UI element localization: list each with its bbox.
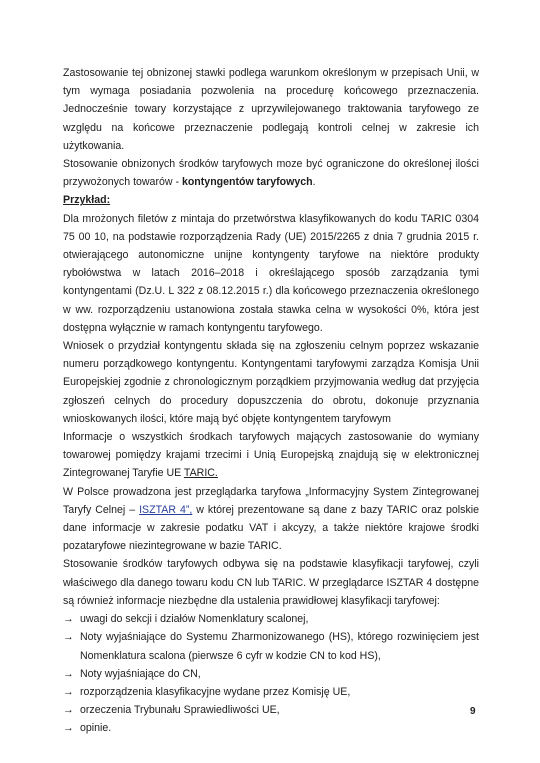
classification-info-list: →uwagi do sekcji i działów Nomenklatury …	[63, 610, 479, 737]
paragraph-quota-request: Wniosek o przydział kontyngentu składa s…	[63, 337, 479, 428]
paragraph-preferential-rate: Zastosowanie tej obnizonej stawki podleg…	[63, 64, 479, 155]
arrow-right-icon: →	[63, 683, 74, 701]
list-item: →rozporządzenia klasyfikacyjne wydane pr…	[63, 683, 479, 701]
arrow-right-icon: →	[63, 719, 74, 737]
text: .	[313, 176, 316, 188]
arrow-right-icon: →	[63, 610, 74, 628]
example-heading: Przykład:	[63, 191, 479, 209]
text: Informacje o wszystkich środkach taryfow…	[63, 431, 479, 479]
list-item: →opinie.	[63, 719, 479, 737]
bold-term: kontyngentów taryfowych	[182, 176, 313, 188]
arrow-right-icon: →	[63, 701, 74, 719]
list-item-text: Noty wyjaśniające do CN,	[80, 668, 201, 680]
isztar-link[interactable]: ISZTAR 4”,	[139, 504, 192, 516]
list-item: →Noty wyjaśniające do Systemu Zharmonizo…	[63, 628, 479, 664]
list-item-text: uwagi do sekcji i działów Nomenklatury s…	[80, 613, 308, 625]
paragraph-classification: Stosowanie środków taryfowych odbywa się…	[63, 555, 479, 610]
list-item-text: rozporządzenia klasyfikacyjne wydane prz…	[80, 686, 350, 698]
list-item-text: opinie.	[80, 722, 111, 734]
arrow-right-icon: →	[63, 665, 74, 683]
document-page: Zastosowanie tej obnizonej stawki podleg…	[63, 64, 479, 738]
list-item-text: orzeczenia Trybunału Sprawiedliwości UE,	[80, 704, 280, 716]
list-item-text: Noty wyjaśniające do Systemu Zharmonizow…	[80, 631, 479, 661]
arrow-right-icon: →	[63, 628, 74, 646]
list-item: →orzeczenia Trybunału Sprawiedliwości UE…	[63, 701, 479, 719]
paragraph-taric-info: Informacje o wszystkich środkach taryfow…	[63, 428, 479, 483]
list-item: →Noty wyjaśniające do CN,	[63, 665, 479, 683]
page-number: 9	[470, 706, 476, 717]
taric-link[interactable]: TARIC.	[184, 467, 218, 479]
paragraph-isztar: W Polsce prowadzona jest przeglądarka ta…	[63, 483, 479, 556]
list-item: →uwagi do sekcji i działów Nomenklatury …	[63, 610, 479, 628]
paragraph-example: Dla mrożonych filetów z mintaja do przet…	[63, 210, 479, 337]
paragraph-tariff-quotas: Stosowanie obnizonych środków taryfowych…	[63, 155, 479, 191]
